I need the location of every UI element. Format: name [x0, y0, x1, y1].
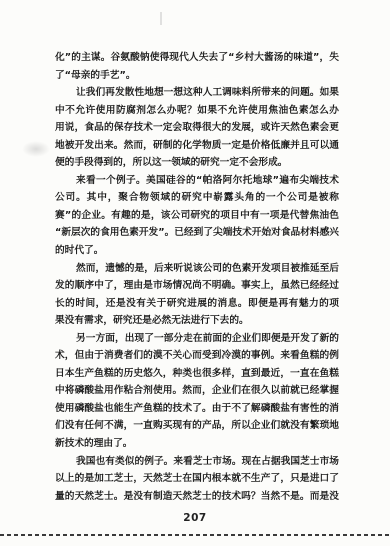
- book-page: 化”的主谋。谷氨酸钠使得现代人失去了“乡村大酱汤的味道”，失去了“母亲的手艺”。…: [0, 0, 390, 546]
- scan-artifact: [160, 12, 162, 25]
- text-line: 让我们再发散性地想一想这种人工调味料所带来的问题。如果食品: [55, 84, 339, 102]
- text-line: 公司。其中，聚合物领域的研究中崭露头角的一个公司是被称作“德固: [55, 189, 339, 207]
- text-line: 新技术的理由了。: [55, 435, 339, 453]
- scan-artifact: [22, 141, 50, 157]
- text-line: 了“母亲的手艺”。: [55, 67, 339, 85]
- text-line: 化”的主谋。谷氨酸钠使得现代人失去了“乡村大酱汤的味道”，失去: [55, 49, 339, 67]
- text-line: 地被开发出来。然而，研制的化学物质一定是价格低廉并且可以通过简: [55, 137, 339, 155]
- text-line: 发的顺序中了，理由是市场情况尚不明确。事实上，虽然已经经过了较: [55, 277, 339, 295]
- text-line: “新层次的食用色素开发”。已经到了尖端技术开始对食品材料感兴趣: [55, 224, 339, 242]
- text-line: 中将磷酸盐用作粘合剂使用。然而，企业们在很久以前就已经掌握了不: [55, 382, 339, 400]
- text-line: 的时代了。: [55, 242, 339, 260]
- text-line: 用说，食品的保存技术一定会取得很大的发展，或许天然色素会更多样: [55, 119, 339, 137]
- text-line: 便的手段得到的，所以这一领域的研究一定不会形成。: [55, 154, 339, 172]
- text-line: 然而，遗憾的是，后来听说该公司的色素开发项目被推延至后面开: [55, 260, 339, 278]
- text-line: 来看一个例子。美国硅谷的“帕洛阿尔托地球”遍布尖端技术的: [55, 172, 339, 190]
- text-line: 长的时间，还是没有关于研究进展的消息。即便是再有魅力的项目，如: [55, 295, 339, 313]
- body-text: 化”的主谋。谷氨酸钠使得现代人失去了“乡村大酱汤的味道”，失去了“母亲的手艺”。…: [55, 49, 339, 505]
- page-number: 207: [0, 512, 390, 524]
- text-line: 中不允许使用防腐剂怎么办呢？如果不允许使用焦油色素怎么办呢？不: [55, 102, 339, 120]
- text-line: 果没有需求，研究还是必然无法进行下去的。: [55, 312, 339, 330]
- text-line: 使用磷酸盐也能生产鱼糕的技术了。由于不了解磷酸盐有害性的消费者: [55, 400, 339, 418]
- text-line: 另一方面，出现了一部分走在前面的企业们即便是开发了新的技: [55, 330, 339, 348]
- text-line: 我国也有类似的例子。来看芝士市场。现在占据我国芝士市场95%: [55, 453, 339, 471]
- bottom-dashed-cut-line: [0, 534, 390, 536]
- text-line: 们没有任何不满，一直购买现有的产品，所以企业们就没有繁琐地应用: [55, 417, 339, 435]
- text-line: 日本生产鱼糕的历史悠久，种类也很多样，直到最近，一直在鱼糕产品: [55, 365, 339, 383]
- text-line: 量的天然芝士。是没有制造天然芝士的技术吗？当然不是。而是没有市: [55, 488, 339, 506]
- text-line: 术，但由于消费者们的漠不关心而受到冷漠的事例。来看鱼糕的例子。: [55, 347, 339, 365]
- text-line: 赛”的企业。有趣的是，该公司研究的项目中有一项是代替焦油色素的: [55, 207, 339, 225]
- text-line: 以上的是加工芝士，天然芝士在国内根本就不生产了，只是进口了极少: [55, 470, 339, 488]
